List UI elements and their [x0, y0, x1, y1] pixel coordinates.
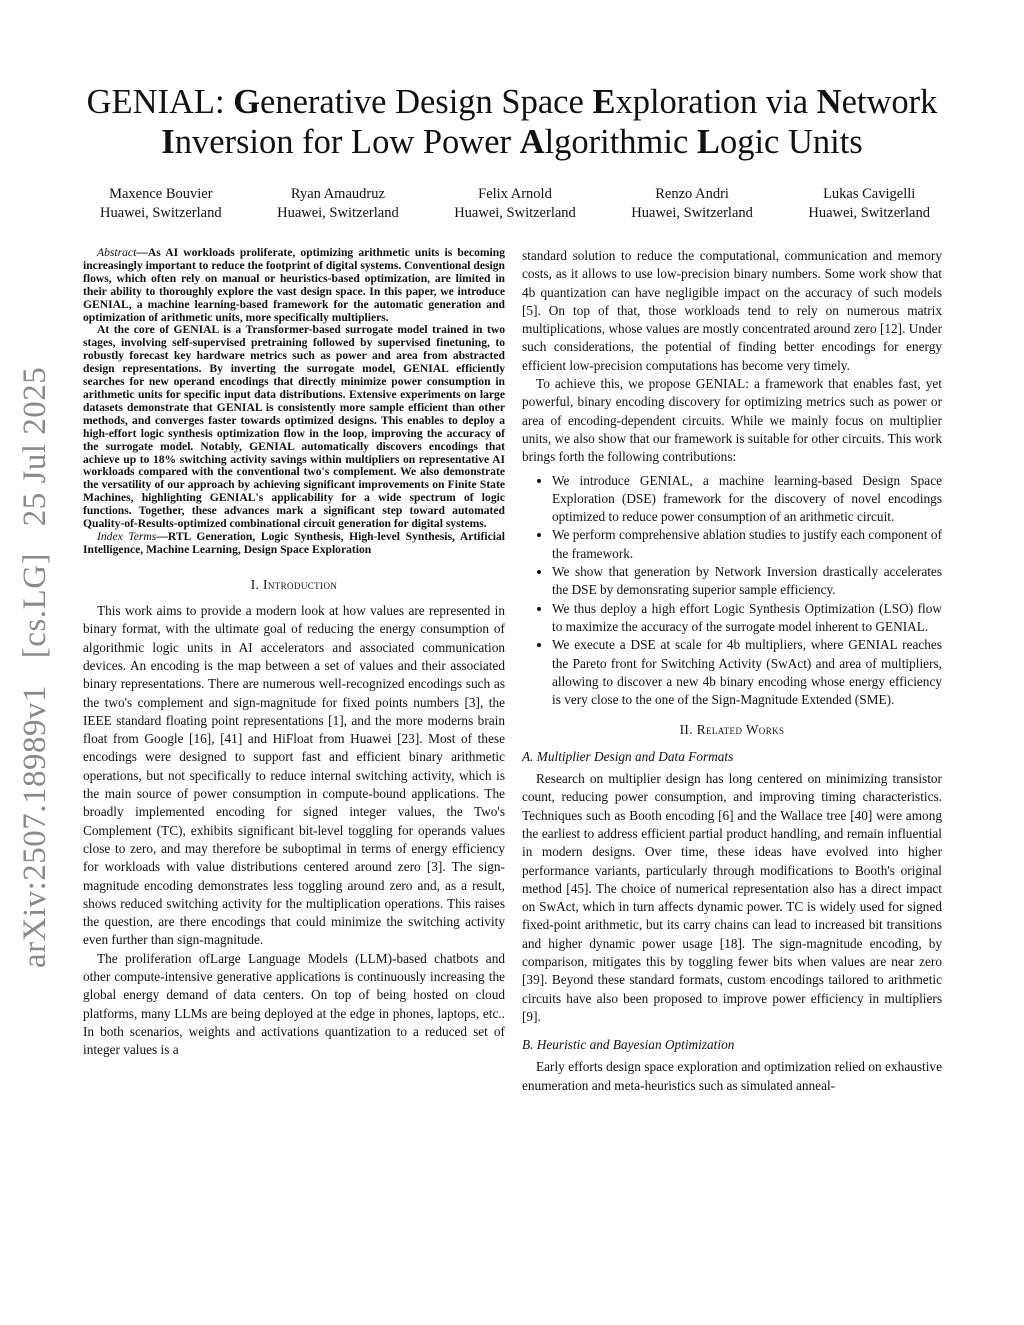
author: Maxence BouvierHuawei, Switzerland [100, 185, 222, 223]
section-heading-related-works: II. Related Works [522, 721, 942, 739]
list-item: We perform comprehensive ablation studie… [552, 526, 942, 563]
abstract: Abstract—As AI workloads proliferate, op… [83, 247, 505, 557]
author: Felix ArnoldHuawei, Switzerland [454, 185, 576, 223]
author: Ryan AmaudruzHuawei, Switzerland [277, 185, 399, 223]
right-column: standard solution to reduce the computat… [522, 247, 942, 1095]
intro-paragraph-1: This work aims to provide a modern look … [83, 602, 505, 950]
contributions-list: We introduce GENIAL, a machine learning-… [522, 472, 942, 710]
abstract-paragraph-1: Abstract—As AI workloads proliferate, op… [83, 247, 505, 324]
related-paragraph-b: Early efforts design space exploration a… [522, 1058, 942, 1095]
author: Renzo AndriHuawei, Switzerland [631, 185, 753, 223]
subsection-heading-b: B. Heuristic and Bayesian Optimization [522, 1036, 942, 1054]
list-item: We thus deploy a high effort Logic Synth… [552, 600, 942, 637]
list-item: We introduce GENIAL, a machine learning-… [552, 472, 942, 527]
title-line-1: GENIAL: Generative Design Space Explorat… [60, 82, 964, 122]
left-column: Abstract—As AI workloads proliferate, op… [83, 247, 505, 1059]
intro-paragraph-3: To achieve this, we propose GENIAL: a fr… [522, 375, 942, 466]
introduction-continued: standard solution to reduce the computat… [522, 247, 942, 709]
list-item: We execute a DSE at scale for 4b multipl… [552, 636, 942, 709]
section-heading-introduction: I. Introduction [83, 576, 505, 594]
related-works-body: A. Multiplier Design and Data Formats Re… [522, 748, 942, 1095]
introduction-body: This work aims to provide a modern look … [83, 602, 505, 1059]
arxiv-identifier-stamp: arXiv:2507.18989v1 [cs.LG] 25 Jul 2025 [10, 368, 60, 968]
arxiv-id: arXiv:2507.18989v1 [17, 685, 53, 968]
title-line-2: Inversion for Low Power Algorithmic Logi… [60, 122, 964, 162]
paper-title: GENIAL: Generative Design Space Explorat… [60, 82, 964, 162]
related-paragraph-a: Research on multiplier design has long c… [522, 770, 942, 1026]
intro-paragraph-2-continued: standard solution to reduce the computat… [522, 247, 942, 375]
abstract-paragraph-2: At the core of GENIAL is a Transformer-b… [83, 324, 505, 531]
subsection-heading-a: A. Multiplier Design and Data Formats [522, 748, 942, 766]
index-terms: Index Terms—RTL Generation, Logic Synthe… [83, 531, 505, 557]
author-list: Maxence BouvierHuawei, Switzerland Ryan … [100, 185, 930, 223]
arxiv-date: 25 Jul 2025 [17, 367, 53, 527]
author: Lukas CavigelliHuawei, Switzerland [808, 185, 930, 223]
intro-paragraph-2: The proliferation ofLarge Language Model… [83, 950, 505, 1060]
list-item: We show that generation by Network Inver… [552, 563, 942, 600]
arxiv-category: [cs.LG] [17, 553, 53, 658]
